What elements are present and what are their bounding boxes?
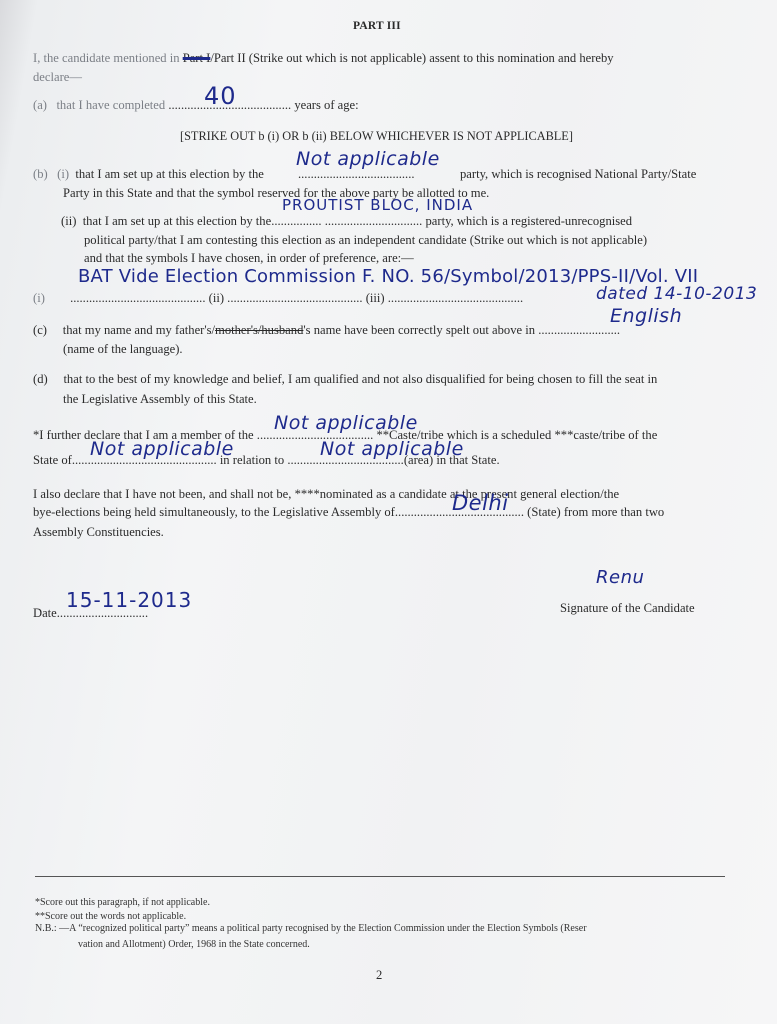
symbols-row: (i) ....................................… (33, 290, 523, 306)
intro-line-1: I, the candidate mentioned in Part I/Par… (33, 50, 614, 66)
item-c-label: (c) (33, 323, 47, 337)
constituency-line-3: Assembly Constituencies. (33, 524, 164, 540)
footnote-divider (35, 876, 725, 877)
symbol-ii-label: (ii) (209, 291, 224, 305)
intro-struck-part: Part I (183, 51, 211, 65)
symbol-i-label: (i) (33, 291, 45, 305)
item-b-ii-suffix: party, which is a registered-unrecognise… (425, 214, 632, 228)
constituency-text-b: (State) from more than two (527, 505, 664, 519)
dotted-leader: ................ .......................… (271, 214, 422, 228)
dotted-leader: ................... (231, 98, 291, 112)
item-b-i: (b) (i) that I am set up at this electio… (33, 166, 264, 182)
item-c-struck: mother's/husband (215, 323, 303, 337)
footnote-1: *Score out this paragraph, if not applic… (35, 896, 210, 909)
dotted-leader: ........................................… (227, 291, 362, 305)
caste-text-c: State of (33, 453, 72, 467)
dotted-leader: ........................................… (70, 291, 205, 305)
item-a-suffix: years of age: (294, 98, 358, 112)
item-a-text: that I have completed (56, 98, 165, 112)
item-b-ii-text: that I am set up at this election by the (83, 214, 272, 228)
filled-language[interactable]: English (610, 305, 682, 327)
constituency-text-a: bye-elections being held simultaneously,… (33, 505, 395, 519)
item-d-line-2: the Legislative Assembly of this State. (63, 391, 257, 407)
signature-mark[interactable]: Renu (596, 567, 644, 588)
date-label: Date (33, 606, 57, 620)
item-b-i-label: (i) (57, 167, 69, 181)
footnote-nb: N.B.: —A “recognized political party” me… (35, 922, 587, 935)
dotted-leader: .......................... (538, 323, 620, 337)
item-d: (d) that to the best of my knowledge and… (33, 371, 657, 387)
item-b-ii-label: (ii) (61, 214, 76, 228)
item-b-i-text: that I am set up at this election by the (75, 167, 264, 181)
filled-age[interactable]: 40 (204, 82, 237, 110)
filled-area[interactable]: Not applicable (320, 438, 464, 460)
item-c: (c) that my name and my father's/mother'… (33, 322, 620, 338)
item-c-text-b: 's name have been correctly spelt out ab… (303, 323, 535, 337)
item-b-ii-line-3: and that the symbols I have chosen, in o… (84, 250, 414, 266)
filled-caste[interactable]: Not applicable (274, 412, 418, 434)
part-title: PART III (353, 20, 401, 32)
footnote-nb-cont: vation and Allotment) Order, 1968 in the… (78, 938, 310, 951)
item-b-label: (b) (33, 167, 48, 181)
item-c-line-2: (name of the language). (63, 341, 183, 357)
intro-text-b: /Part II (Strike out which is not applic… (210, 51, 613, 65)
filled-date[interactable]: 15-11-2013 (66, 588, 192, 612)
constituency-line-1: I also declare that I have not been, and… (33, 486, 619, 502)
strike-instruction: [STRIKE OUT b (i) OR b (ii) BELOW WHICHE… (180, 128, 573, 144)
item-c-text: that my name and my father's/ (63, 323, 215, 337)
intro-line-2: declare— (33, 69, 82, 85)
item-b-i-suffix: party, which is recognised National Part… (460, 166, 696, 182)
item-b-ii: (ii) that I am set up at this election b… (61, 213, 632, 229)
filled-symbol-dated[interactable]: dated 14-10-2013 (596, 284, 757, 304)
filled-party-b-i[interactable]: Not applicable (296, 148, 440, 170)
constituency-line-2: bye-elections being held simultaneously,… (33, 504, 664, 520)
item-b-ii-line-2: political party/that I am contesting thi… (84, 232, 647, 248)
page-number: 2 (376, 967, 382, 983)
item-a: (a) that I have completed ..............… (33, 97, 359, 113)
signature-label: Signature of the Candidate (560, 600, 695, 616)
symbol-iii-label: (iii) (366, 291, 385, 305)
dotted-leader: ........................................… (388, 291, 523, 305)
filled-party-b-ii[interactable]: PROUTIST BLOC, INDIA (282, 196, 473, 214)
item-d-text: that to the best of my knowledge and bel… (63, 372, 657, 386)
filled-state-of[interactable]: Not applicable (90, 438, 234, 460)
filled-assembly-state[interactable]: Delhi (452, 491, 509, 515)
item-d-label: (d) (33, 372, 48, 386)
intro-text-a: I, the candidate mentioned in (33, 51, 180, 65)
item-a-label: (a) (33, 98, 47, 112)
